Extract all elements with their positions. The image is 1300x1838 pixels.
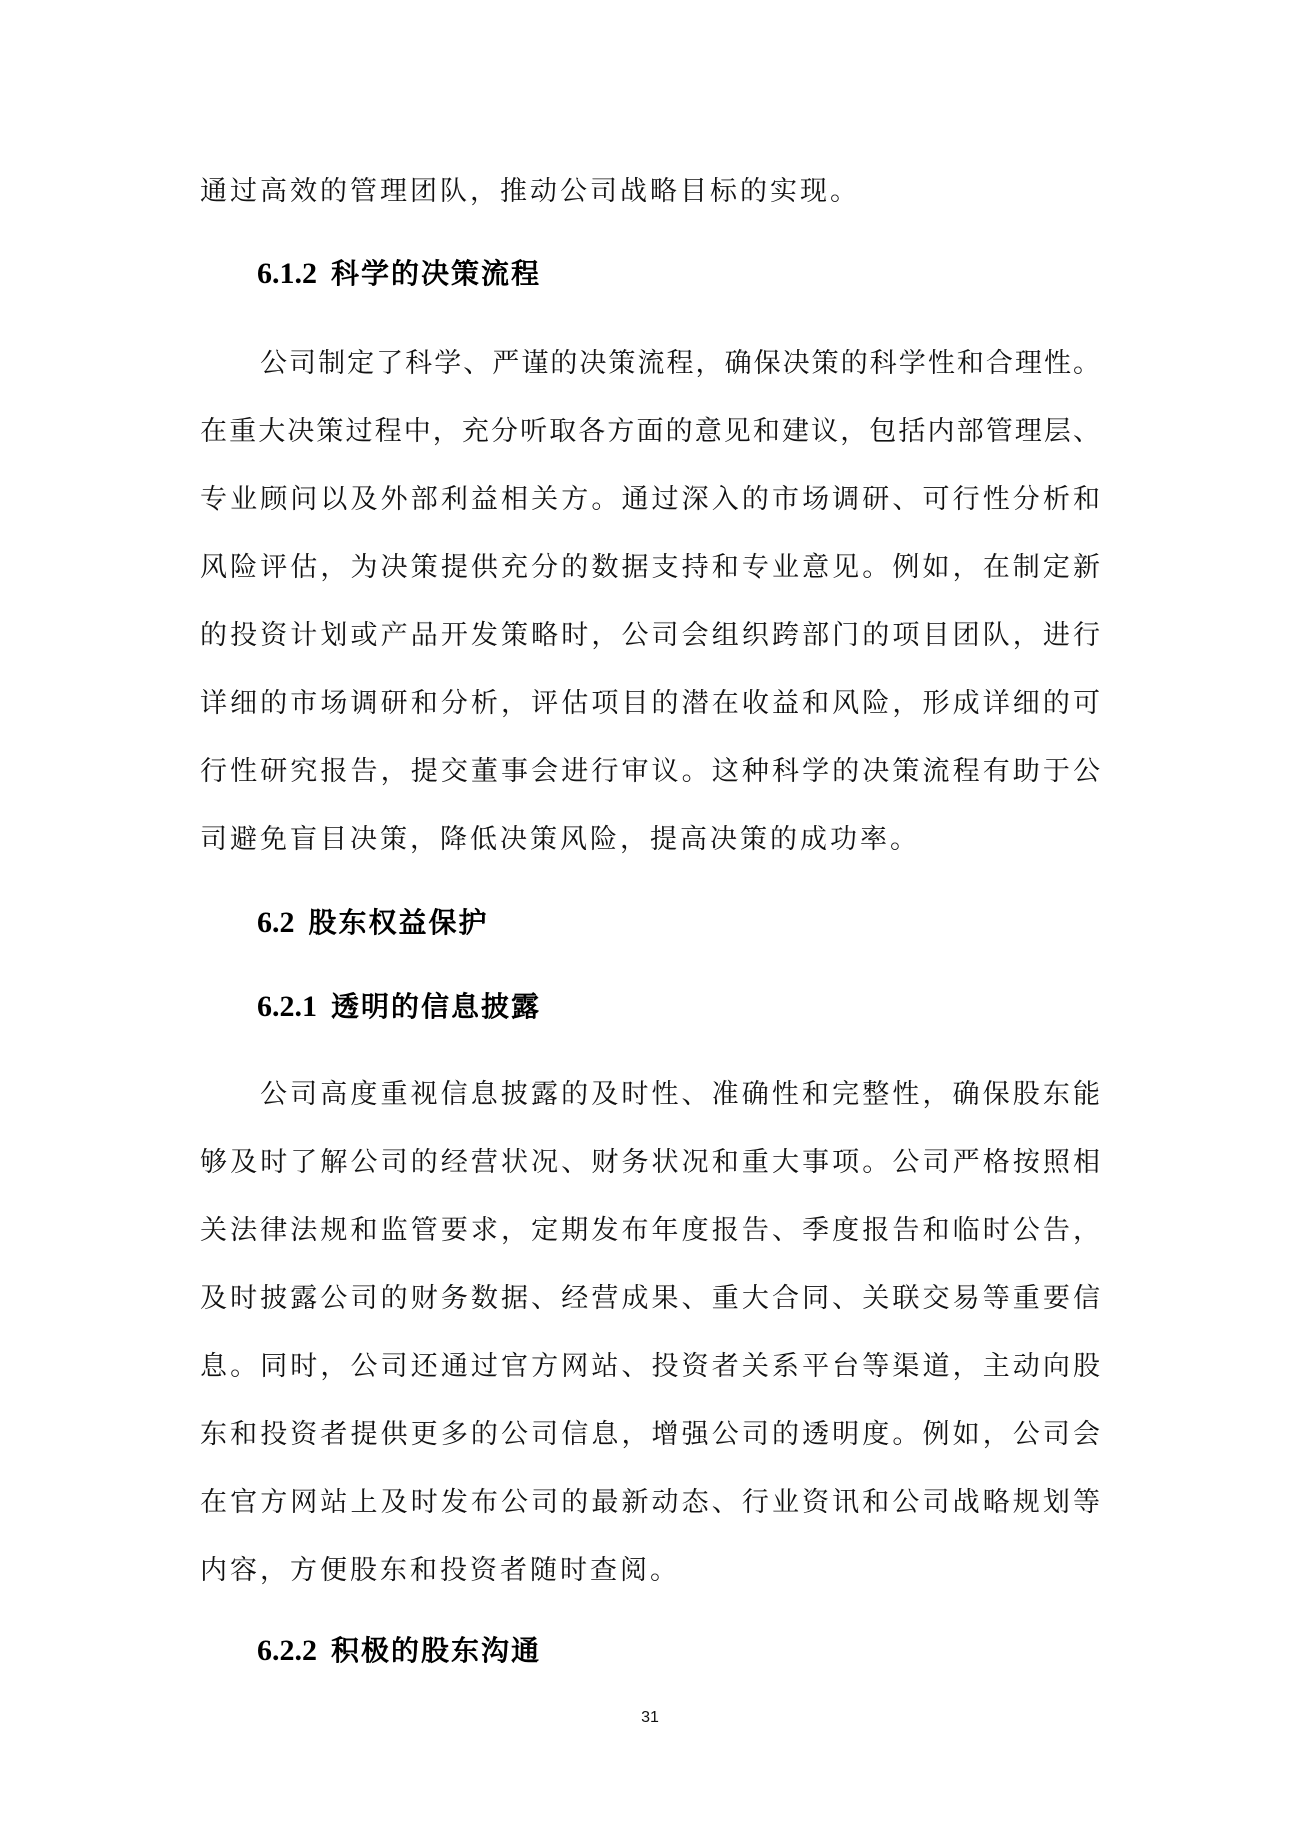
section-heading-6-2-2: 6.2.2积极的股东沟通 <box>257 1631 541 1671</box>
paragraph-line: 东和投资者提供更多的公司信息，增强公司的透明度。例如，公司会 <box>200 1415 1100 1455</box>
page-number: 31 <box>600 1706 700 1730</box>
paragraph-line: 公司制定了科学、严谨的决策流程，确保决策的科学性和合理性。 <box>260 344 1100 384</box>
section-title: 积极的股东沟通 <box>331 1634 541 1667</box>
paragraph-line: 风险评估，为决策提供充分的数据支持和专业意见。例如，在制定新 <box>200 548 1100 588</box>
paragraph-line: 内容，方便股东和投资者随时查阅。 <box>200 1551 1100 1591</box>
paragraph-line: 及时披露公司的财务数据、经营成果、重大合同、关联交易等重要信 <box>200 1279 1100 1319</box>
section-heading-6-2: 6.2股东权益保护 <box>257 903 489 943</box>
section-number: 6.2 <box>257 906 295 939</box>
paragraph-line: 关法律法规和监管要求，定期发布年度报告、季度报告和临时公告， <box>200 1211 1100 1251</box>
paragraph-line: 在重大决策过程中，充分听取各方面的意见和建议，包括内部管理层、 <box>200 412 1100 452</box>
paragraph-line: 公司高度重视信息披露的及时性、准确性和完整性，确保股东能 <box>260 1075 1100 1115</box>
section-heading-6-1-2: 6.1.2科学的决策流程 <box>257 254 541 294</box>
paragraph-line: 在官方网站上及时发布公司的最新动态、行业资讯和公司战略规划等 <box>200 1483 1100 1523</box>
section-title: 透明的信息披露 <box>331 990 541 1023</box>
section-title: 科学的决策流程 <box>331 257 541 290</box>
section-number: 6.2.2 <box>257 1634 317 1667</box>
paragraph-line: 息。同时，公司还通过官方网站、投资者关系平台等渠道，主动向股 <box>200 1347 1100 1387</box>
paragraph-line: 司避免盲目决策，降低决策风险，提高决策的成功率。 <box>200 820 1100 860</box>
section-title: 股东权益保护 <box>309 906 489 939</box>
paragraph-line: 够及时了解公司的经营状况、财务状况和重大事项。公司严格按照相 <box>200 1143 1100 1183</box>
paragraph-line: 行性研究报告，提交董事会进行审议。这种科学的决策流程有助于公 <box>200 752 1100 792</box>
paragraph-line: 的投资计划或产品开发策略时，公司会组织跨部门的项目团队，进行 <box>200 616 1100 656</box>
continuation-line: 通过高效的管理团队，推动公司战略目标的实现。 <box>200 172 1100 212</box>
section-number: 6.2.1 <box>257 990 317 1023</box>
section-heading-6-2-1: 6.2.1透明的信息披露 <box>257 987 541 1027</box>
paragraph-line: 详细的市场调研和分析，评估项目的潜在收益和风险，形成详细的可 <box>200 684 1100 724</box>
paragraph-line: 专业顾问以及外部利益相关方。通过深入的市场调研、可行性分析和 <box>200 480 1100 520</box>
section-number: 6.1.2 <box>257 257 317 290</box>
document-page: 通过高效的管理团队，推动公司战略目标的实现。 6.1.2科学的决策流程 公司制定… <box>0 0 1300 1838</box>
